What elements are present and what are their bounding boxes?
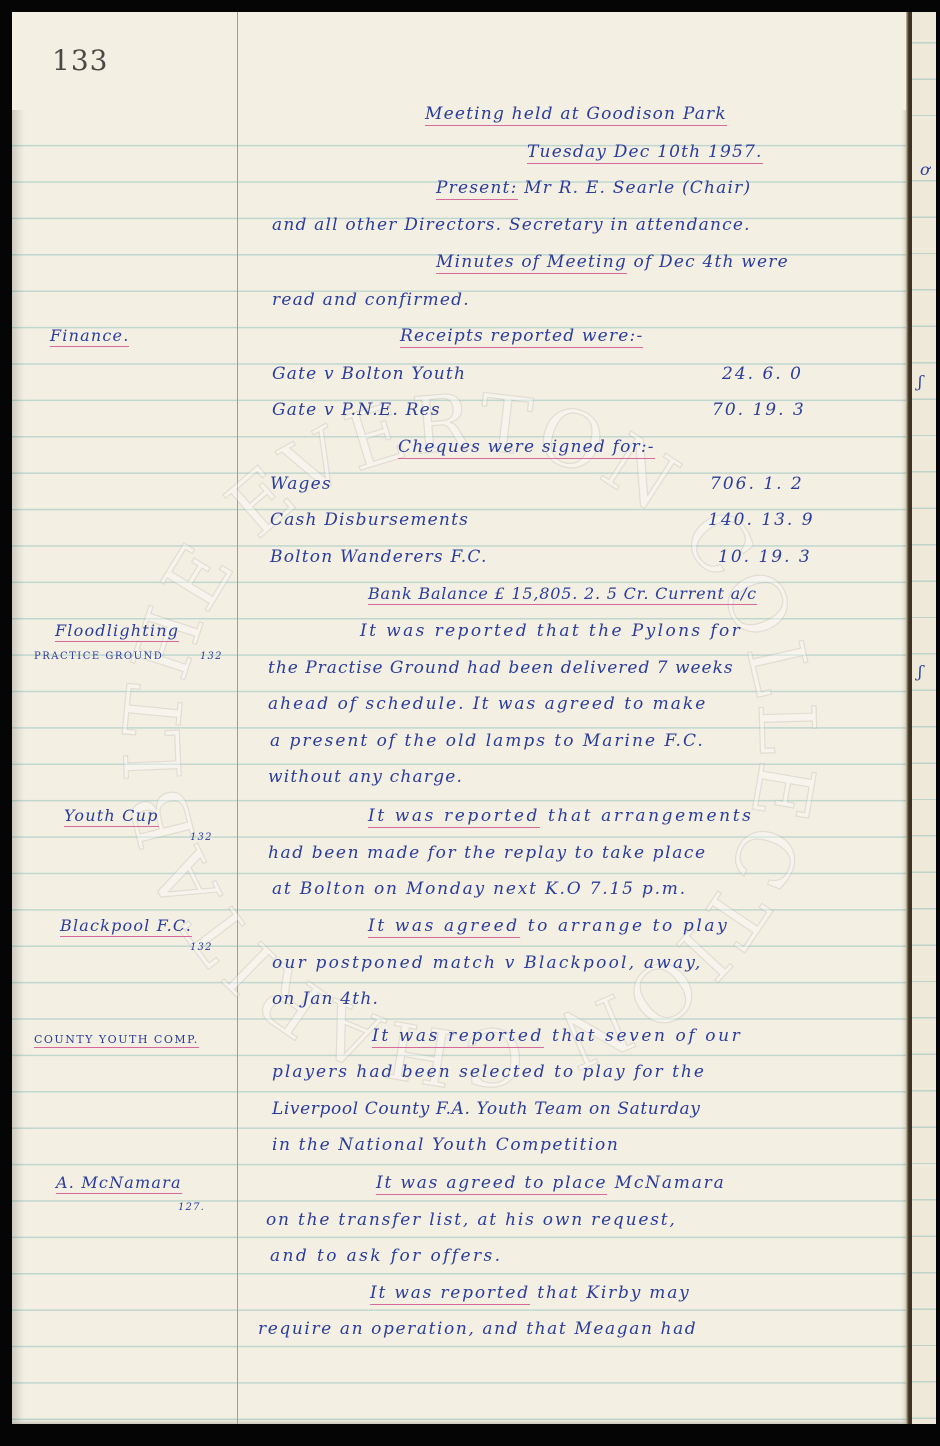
body-line: a present of the old lamps to Marine F.C…	[270, 731, 705, 751]
body-text: that Kirby may	[537, 1283, 690, 1303]
margin-sub-practice-ground: PRACTICE GROUND	[34, 651, 163, 662]
margin-label-county-youth: COUNTY YOUTH COMP.	[34, 1033, 199, 1048]
body-line: without any charge.	[268, 767, 463, 787]
body-text: that seven of our	[552, 1026, 742, 1046]
body-line: at Bolton on Monday next K.O 7.15 p.m.	[272, 879, 687, 899]
body-line: on Jan 4th.	[272, 989, 379, 1009]
body-line: require an operation, and that Meagan ha…	[258, 1319, 697, 1339]
body-line: players had been selected to play for th…	[272, 1062, 706, 1082]
meeting-date: Tuesday Dec 10th 1957.	[527, 142, 763, 164]
cheque-amount: 10. 19. 3	[718, 547, 812, 567]
receipt-label: Gate v P.N.E. Res	[272, 400, 441, 420]
lead-underlined: It was reported	[368, 806, 540, 828]
minutes-rest: of Dec 4th were	[634, 252, 789, 272]
lead-underlined: It was reported	[372, 1026, 544, 1048]
bank-balance: Bank Balance £ 15,805. 2. 5 Cr. Current …	[368, 584, 757, 605]
adjacent-page-ink: ʃ	[918, 372, 922, 391]
minutes-underlined: Minutes of Meeting	[436, 252, 627, 274]
body-text: McNamara	[615, 1173, 726, 1193]
lead-underlined: It was reported	[370, 1283, 530, 1305]
margin-ref: 127.	[178, 1202, 205, 1213]
present-text: Mr R. E. Searle (Chair)	[524, 178, 751, 198]
lead-underlined: It was agreed to place	[376, 1173, 607, 1195]
lead-underlined: It was agreed	[368, 916, 520, 938]
body-text: that arrangements	[548, 806, 753, 826]
body-line: It was reported that Kirby may	[370, 1283, 691, 1303]
cheque-label: Cash Disbursements	[270, 510, 469, 530]
margin-label-mcnamara: A. McNamara	[56, 1173, 182, 1194]
body-line: the Practise Ground had been delivered 7…	[268, 658, 734, 678]
body-line: in the National Youth Competition	[272, 1135, 619, 1155]
cheque-label: Wages	[270, 474, 332, 494]
body-line: our postponed match v Blackpool, away,	[272, 953, 702, 973]
present-line: Present: Mr R. E. Searle (Chair)	[436, 178, 751, 198]
margin-ref: 132	[190, 942, 213, 953]
margin-ref: 132	[200, 651, 223, 662]
body-line: on the transfer list, at his own request…	[266, 1210, 677, 1230]
body-line: It was agreed to place McNamara	[376, 1173, 726, 1193]
cheque-label: Bolton Wanderers F.C.	[270, 547, 488, 567]
cheque-amount: 140. 13. 9	[708, 510, 815, 530]
receipt-label: Gate v Bolton Youth	[272, 364, 466, 384]
body-line: It was reported that the Pylons for	[360, 621, 742, 641]
body-text: to arrange to play	[528, 916, 730, 936]
attendance-line: and all other Directors. Secretary in at…	[272, 215, 751, 235]
margin-rule	[237, 12, 238, 1424]
receipt-amount: 24. 6. 0	[722, 364, 803, 384]
page-number: 133	[52, 44, 108, 77]
minutes-line: Minutes of Meeting of Dec 4th were	[436, 252, 789, 272]
margin-label-finance: Finance.	[50, 326, 129, 347]
body-line: It was reported that arrangements	[368, 806, 753, 826]
margin-label-blackpool: Blackpool F.C.	[60, 916, 192, 937]
body-line: and to ask for offers.	[270, 1246, 502, 1266]
adjacent-page-ink: ơ	[920, 160, 930, 179]
margin-ref: 132	[190, 832, 213, 843]
minutes-line-2: read and confirmed.	[272, 290, 470, 310]
adjacent-page-ink: ʃ	[918, 662, 922, 681]
meeting-title: Meeting held at Goodison Park	[425, 104, 727, 126]
body-line: It was agreed to arrange to play	[368, 916, 729, 936]
adjacent-page-edge	[910, 12, 936, 1424]
body-line: Liverpool County F.A. Youth Team on Satu…	[272, 1099, 700, 1119]
body-line: It was reported that seven of our	[372, 1026, 742, 1046]
margin-label-youth-cup: Youth Cup	[64, 806, 159, 827]
present-label: Present:	[436, 178, 518, 200]
margin-label-floodlighting: Floodlighting	[55, 621, 179, 642]
body-line: had been made for the replay to take pla…	[268, 843, 707, 863]
receipts-heading: Receipts reported were:-	[400, 326, 643, 348]
cheque-amount: 706. 1. 2	[710, 474, 804, 494]
receipt-amount: 70. 19. 3	[712, 400, 806, 420]
body-line: ahead of schedule. It was agreed to make	[268, 694, 707, 714]
cheques-heading: Cheques were signed for:-	[398, 437, 655, 459]
